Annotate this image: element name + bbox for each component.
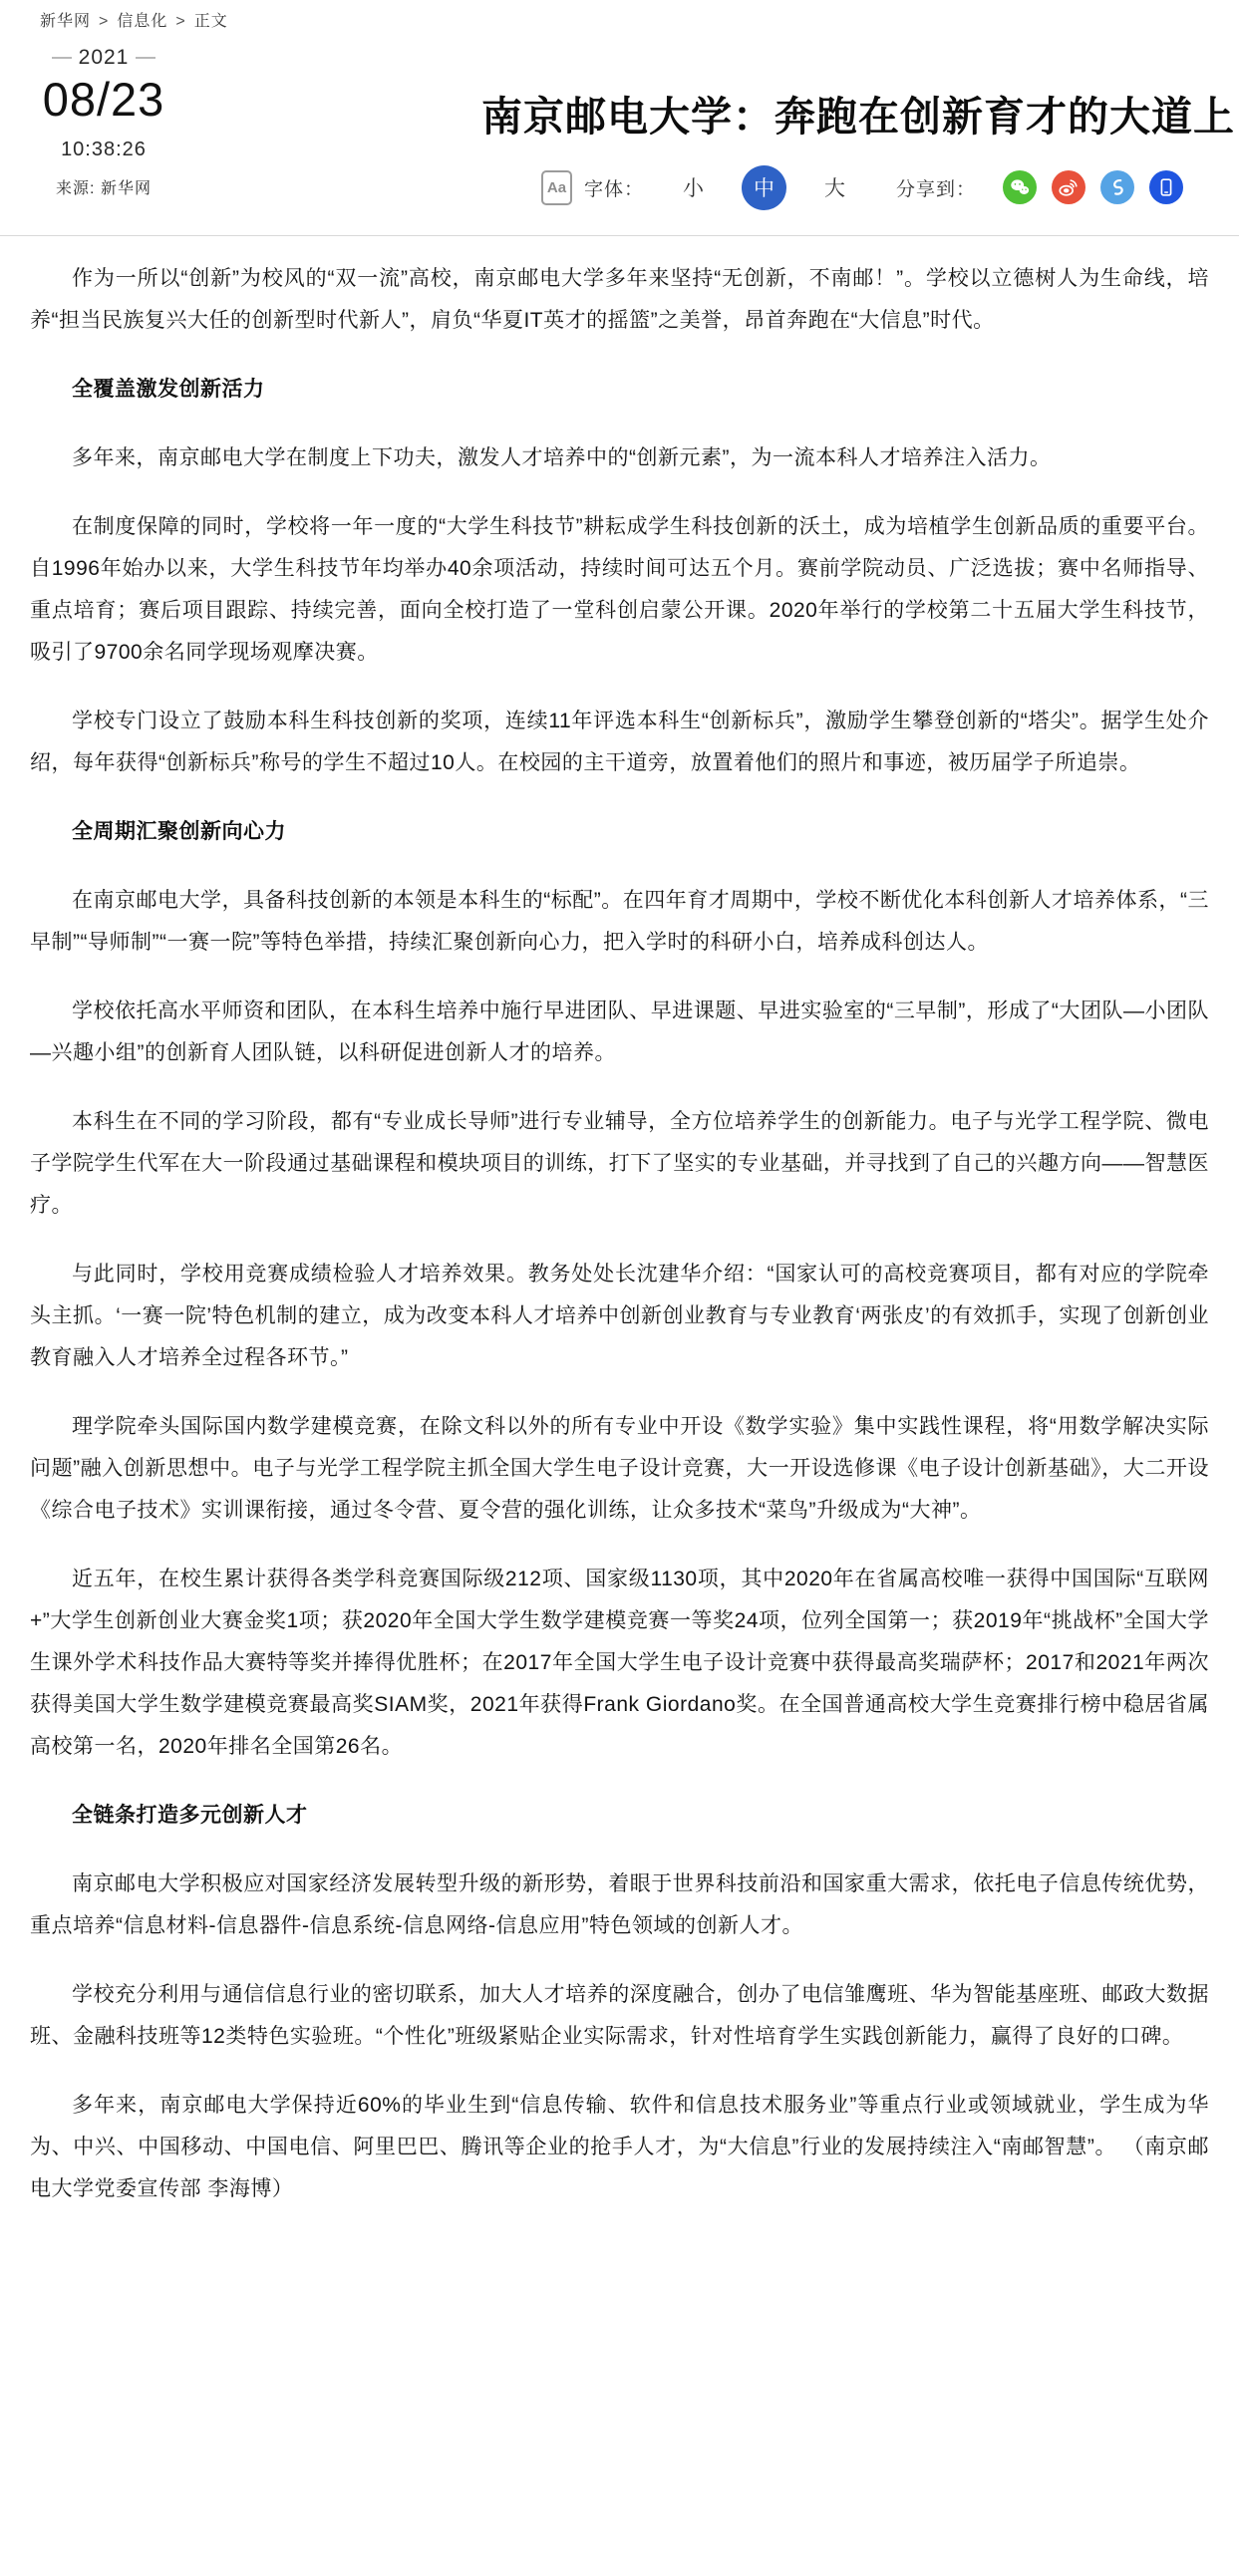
- share-icons: [988, 170, 1183, 204]
- breadcrumb-separator: >: [99, 13, 109, 30]
- article-paragraph: 多年来，南京邮电大学保持近60%的毕业生到“信息传输、软件和信息技术服务业”等重…: [30, 2085, 1209, 2210]
- article-paragraph: 理学院牵头国际国内数学建模竞赛，在除文科以外的所有专业中开设《数学实验》集中实践…: [30, 1406, 1209, 1532]
- section-heading: 全链条打造多元创新人才: [30, 1795, 1209, 1837]
- section-heading: 全覆盖激发创新活力: [30, 369, 1209, 411]
- header-divider: [0, 235, 1239, 236]
- article-paragraph: 南京邮电大学积极应对国家经济发展转型升级的新形势，着眼于世界科技前沿和国家重大需…: [30, 1863, 1209, 1947]
- article-paragraph: 本科生在不同的学习阶段，都有“专业成长导师”进行专业辅导，全方位培养学生的创新能…: [30, 1101, 1209, 1227]
- font-size-button-小[interactable]: 小: [671, 165, 716, 210]
- share-s-share-icon[interactable]: [1100, 170, 1134, 204]
- article-header: 新华网>信息化>正文 2021 08/23 10:38:26 来源: 新华网 南…: [0, 0, 1239, 236]
- article-paragraph: 多年来，南京邮电大学在制度上下功夫，激发人才培养中的“创新元素”，为一流本科人才…: [30, 437, 1209, 479]
- article-paragraph: 在制度保障的同时，学校将一年一度的“大学生科技节”耕耘成学生科技创新的沃土，成为…: [30, 506, 1209, 674]
- font-size-icon: Aa: [541, 170, 572, 205]
- font-size-button-大[interactable]: 大: [812, 165, 857, 210]
- toolbar: Aa 字体： 小中大 分享到：: [541, 162, 1183, 212]
- share-label: 分享到：: [896, 174, 976, 201]
- article-body: 作为一所以“创新”为校风的“双一流”高校，南京邮电大学多年来坚持“无创新，不南邮…: [0, 236, 1239, 2277]
- article-paragraph: 作为一所以“创新”为校风的“双一流”高校，南京邮电大学多年来坚持“无创新，不南邮…: [30, 258, 1209, 342]
- date-block: 2021 08/23 10:38:26 来源: 新华网: [38, 46, 169, 198]
- font-size-options: 小中大: [658, 165, 870, 210]
- breadcrumb-link-2[interactable]: 信息化: [117, 13, 167, 30]
- date-time: 10:38:26: [38, 139, 169, 161]
- wechat-share-icon[interactable]: [1003, 170, 1037, 204]
- font-size-label: 字体：: [584, 174, 644, 201]
- article-paragraph: 在南京邮电大学，具备科技创新的本领是本科生的“标配”。在四年育才周期中，学校不断…: [30, 880, 1209, 964]
- breadcrumb: 新华网>信息化>正文: [40, 8, 228, 31]
- date-monthday: 08/23: [38, 72, 169, 127]
- breadcrumb-link-3[interactable]: 正文: [194, 13, 228, 30]
- breadcrumb-link-1[interactable]: 新华网: [40, 13, 91, 30]
- article-paragraph: 与此同时，学校用竞赛成绩检验人才培养效果。教务处处长沈建华介绍：“国家认可的高校…: [30, 1254, 1209, 1379]
- breadcrumb-separator: >: [175, 13, 185, 30]
- article-paragraph: 近五年，在校生累计获得各类学科竞赛国际级212项、国家级1130项，其中2020…: [30, 1559, 1209, 1768]
- article-paragraph: 学校充分利用与通信信息行业的密切联系，加大人才培养的深度融合，创办了电信雏鹰班、…: [30, 1974, 1209, 2058]
- section-heading: 全周期汇聚创新向心力: [30, 811, 1209, 853]
- page-title: 南京邮电大学：奔跑在创新育才的大道上: [481, 84, 1235, 143]
- font-size-button-中[interactable]: 中: [742, 165, 786, 210]
- article-source: 来源: 新华网: [38, 175, 169, 198]
- article-paragraph: 学校专门设立了鼓励本科生科技创新的奖项，连续11年评选本科生“创新标兵”，激励学…: [30, 701, 1209, 784]
- date-year: 2021: [38, 46, 169, 70]
- weibo-share-icon[interactable]: [1052, 170, 1085, 204]
- article-paragraph: 学校依托高水平师资和团队，在本科生培养中施行早进团队、早进课题、早进实验室的“三…: [30, 991, 1209, 1074]
- mobile-share-icon[interactable]: [1149, 170, 1183, 204]
